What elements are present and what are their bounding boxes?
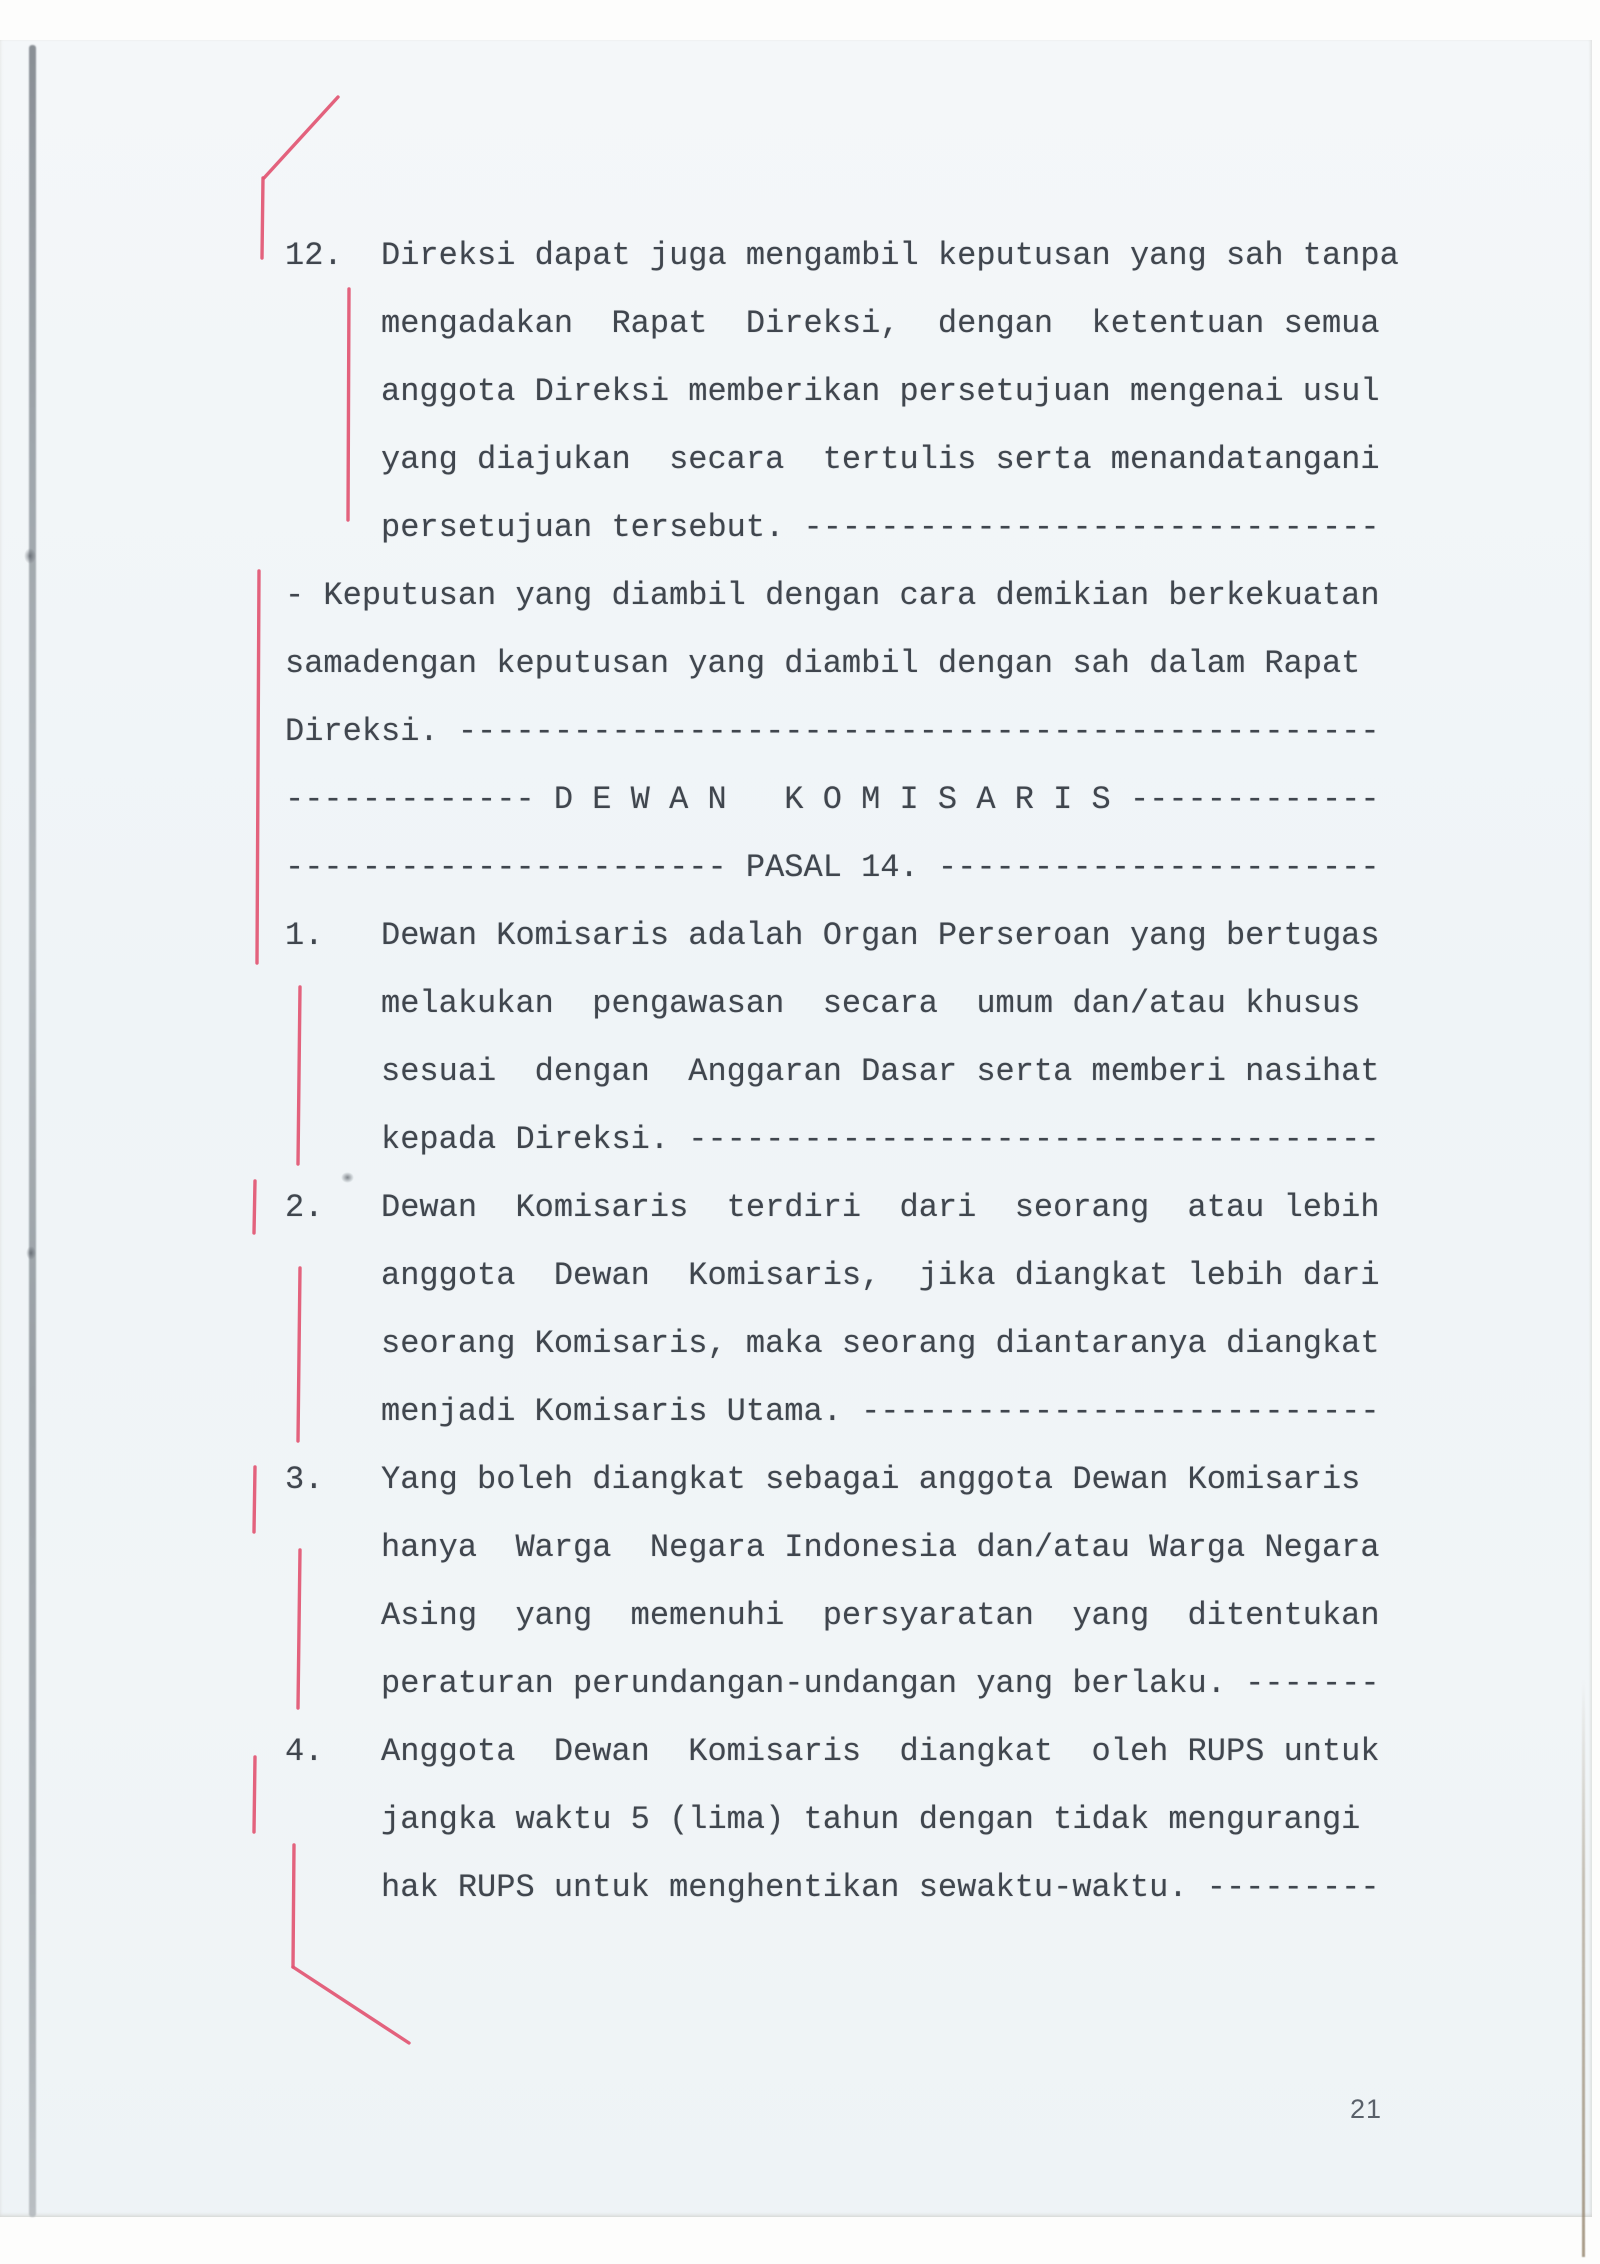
text-line: 12. Direksi dapat juga mengambil keputus… <box>285 222 1399 290</box>
text-line: hanya Warga Negara Indonesia dan/atau Wa… <box>285 1514 1399 1582</box>
right-page-edge-shadow <box>1582 1680 1585 2257</box>
scan-speck <box>24 548 36 564</box>
text-line: 2. Dewan Komisaris terdiri dari seorang … <box>285 1174 1399 1242</box>
text-line: peraturan perundangan-undangan yang berl… <box>285 1650 1399 1718</box>
text-line: kepada Direksi. ------------------------… <box>285 1106 1399 1174</box>
text-line: jangka waktu 5 (lima) tahun dengan tidak… <box>285 1786 1399 1854</box>
text-line: Asing yang memenuhi persyaratan yang dit… <box>285 1582 1399 1650</box>
text-line: seorang Komisaris, maka seorang diantara… <box>285 1310 1399 1378</box>
scan-speck <box>341 1172 354 1183</box>
text-line: mengadakan Rapat Direksi, dengan ketentu… <box>285 290 1399 358</box>
text-line: anggota Direksi memberikan persetujuan m… <box>285 358 1399 426</box>
text-line: samadengan keputusan yang diambil dengan… <box>285 630 1399 698</box>
text-line: menjadi Komisaris Utama. ---------------… <box>285 1378 1399 1446</box>
scanned-document: { "page": { "number": "21", "lines": [ "… <box>0 0 1600 2264</box>
text-line: Direksi. -------------------------------… <box>285 698 1399 766</box>
text-line: 4. Anggota Dewan Komisaris diangkat oleh… <box>285 1718 1399 1786</box>
document-page: 12. Direksi dapat juga mengambil keputus… <box>0 40 1592 2217</box>
text-line: melakukan pengawasan secara umum dan/ata… <box>285 970 1399 1038</box>
page-number: 21 <box>1350 2094 1382 2125</box>
left-scan-edge-shadow <box>29 45 36 2217</box>
text-line: 3. Yang boleh diangkat sebagai anggota D… <box>285 1446 1399 1514</box>
text-line: persetujuan tersebut. ------------------… <box>285 494 1399 562</box>
text-line: sesuai dengan Anggaran Dasar serta membe… <box>285 1038 1399 1106</box>
text-line: hak RUPS untuk menghentikan sewaktu-wakt… <box>285 1854 1399 1922</box>
scan-speck <box>26 1246 36 1260</box>
text-line: ----------------------- PASAL 14. ------… <box>285 834 1399 902</box>
text-body: 12. Direksi dapat juga mengambil keputus… <box>285 222 1399 1922</box>
text-line: yang diajukan secara tertulis serta mena… <box>285 426 1399 494</box>
text-line: anggota Dewan Komisaris, jika diangkat l… <box>285 1242 1399 1310</box>
text-line: 1. Dewan Komisaris adalah Organ Perseroa… <box>285 902 1399 970</box>
text-line: - Keputusan yang diambil dengan cara dem… <box>285 562 1399 630</box>
text-line: ------------- D E W A N K O M I S A R I … <box>285 766 1399 834</box>
